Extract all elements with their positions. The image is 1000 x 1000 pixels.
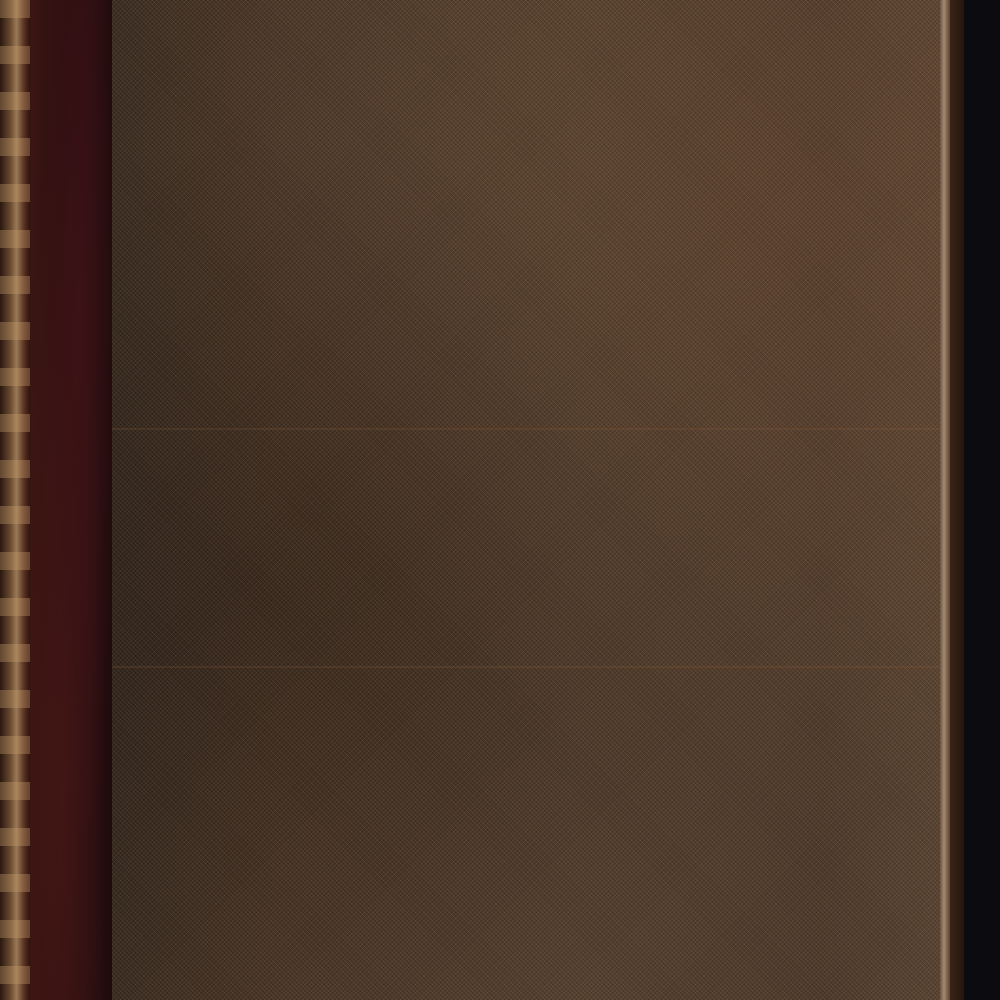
worn-spine-edge xyxy=(0,0,30,1000)
cloth-fold-line xyxy=(112,428,948,430)
board-edge xyxy=(950,0,964,1000)
book-cover-photo xyxy=(0,0,1000,1000)
leather-spine xyxy=(30,0,112,1000)
cloth-cover xyxy=(112,0,948,1000)
cover-edge xyxy=(940,0,950,1000)
cloth-fold-line xyxy=(112,666,948,668)
dark-background xyxy=(964,0,1000,1000)
